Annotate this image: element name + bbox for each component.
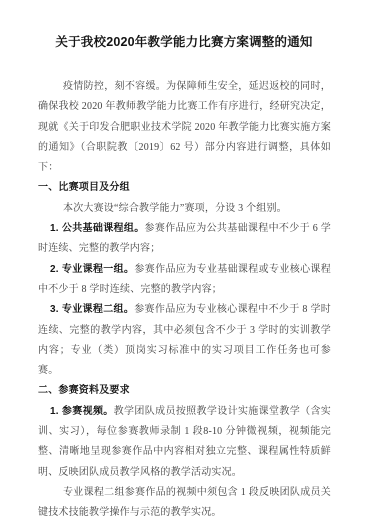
document-title: 关于我校2020年教学能力比赛方案调整的通知 (0, 0, 368, 51)
document-body: 疫情防控，刻不容缓。为保障师生安全，延迟返校的同时，确保我校 2020 年教师教… (38, 77, 331, 524)
list-item-1-label: 1. 公共基础课程组。 (50, 223, 145, 234)
list-item-2-label: 2. 专业课程一组。 (50, 264, 134, 275)
list-item-3: 3. 专业课程二组。参赛作品应为专业核心课程中不少于 8 学时连续、完整的教学内… (38, 300, 331, 381)
page-number: 1 (0, 505, 368, 514)
list-item-3-label: 3. 专业课程二组。 (50, 304, 134, 315)
list-item-video-label: 1. 参赛视频。 (50, 406, 114, 417)
closing-paragraph: 专业课程二组参赛作品的视频中须包含 1 段反映团队成员关键技术技能教学操作与示范… (38, 483, 331, 524)
list-item-1: 1. 公共基础课程组。参赛作品应为公共基础课程中不少于 6 学时连续、完整的教学… (38, 219, 331, 260)
document-page: 关于我校2020年教学能力比赛方案调整的通知 疫情防控，刻不容缓。为保障师生安全… (0, 0, 368, 532)
list-item-video: 1. 参赛视频。教学团队成员按照教学设计实施课堂教学（含实训、实习），每位参赛教… (38, 402, 331, 483)
section-heading-2: 二、参赛资料及要求 (38, 381, 331, 401)
list-item-2: 2. 专业课程一组。参赛作品应为专业基础课程或专业核心课程中不少于 8 学时连续… (38, 260, 331, 301)
section-heading-1: 一、比赛项目及分组 (38, 178, 331, 198)
intro-paragraph: 疫情防控，刻不容缓。为保障师生安全，延迟返校的同时，确保我校 2020 年教师教… (38, 77, 331, 178)
section1-paragraph: 本次大赛设“综合教学能力”赛项，分设 3 个组别。 (38, 199, 331, 219)
